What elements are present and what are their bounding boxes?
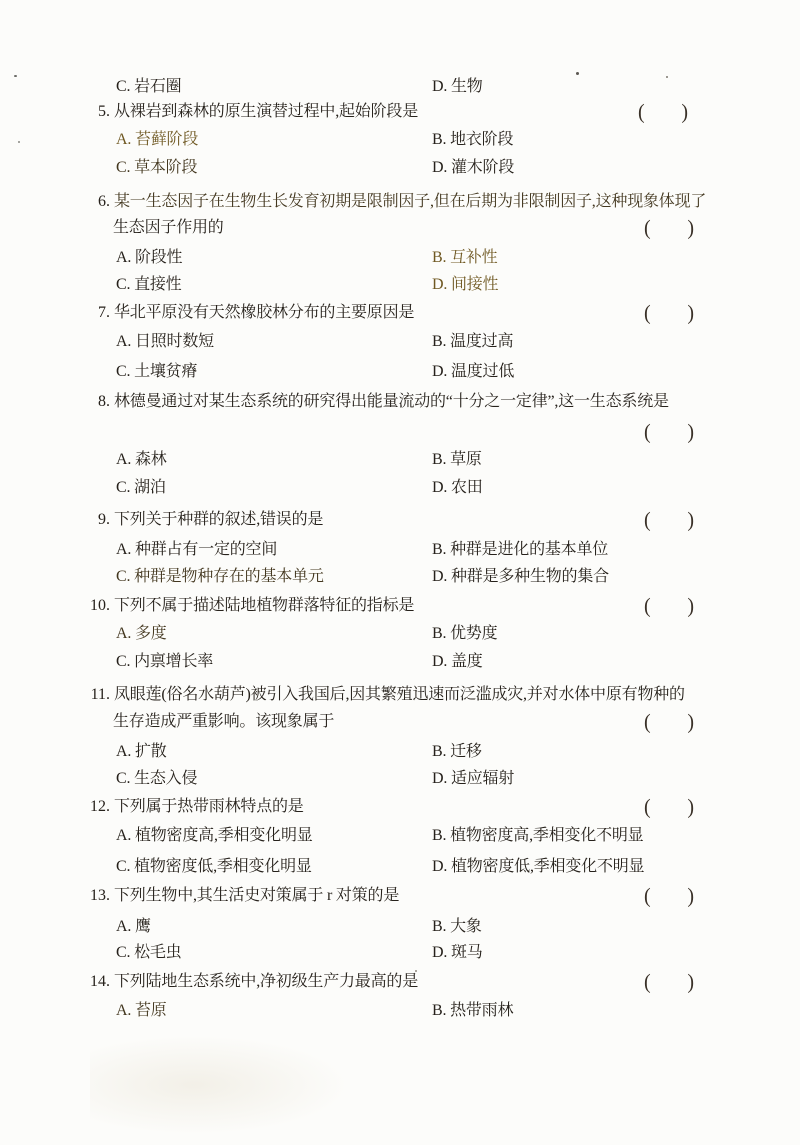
question-7-option-d: D. 温度过低 xyxy=(432,358,514,386)
answer-bracket: () xyxy=(644,214,694,242)
scan-speck xyxy=(14,75,17,77)
question-6-options-ab: A. 阶段性 B. 互补性 xyxy=(0,244,800,272)
bracket-open: ( xyxy=(644,967,651,997)
scan-speck xyxy=(18,141,20,143)
question-8-option-b: B. 草原 xyxy=(432,446,482,474)
scanned-exam-page: C. 岩石圈 D. 生物 5. 从裸岩到森林的原生演替过程中,起始阶段是 () … xyxy=(0,0,800,1145)
question-10-option-a: A. 多度 xyxy=(116,620,167,648)
question-7-option-a: A. 日照时数短 xyxy=(116,328,214,356)
question-7-option-b: B. 温度过高 xyxy=(432,328,513,356)
question-10-text: 下列不属于描述陆地植物群落特征的指标是 xyxy=(114,592,414,620)
question-9-stem: 9. 下列关于种群的叙述,错误的是 () xyxy=(0,506,800,534)
scan-speck xyxy=(666,76,668,78)
question-11-stem: 11. 凤眼莲(俗名水葫芦)被引入我国后,因其繁殖迅速而泛滥成灾,并对水体中原有… xyxy=(0,681,800,709)
scan-smudge xyxy=(90,1035,350,1135)
question-8-option-a: A. 森林 xyxy=(116,446,167,474)
question-7-options-ab: A. 日照时数短 B. 温度过高 xyxy=(0,328,800,356)
question-8-options-ab: A. 森林 B. 草原 xyxy=(0,446,800,474)
scan-speck xyxy=(415,970,417,972)
question-9-number: 9. xyxy=(70,506,110,534)
question-6-stem-line2: 生态因子作用的 () xyxy=(0,214,800,242)
question-12-stem: 12. 下列属于热带雨林特点的是 () xyxy=(0,793,800,821)
question-11-text-line2: 生存造成严重影响。该现象属于 xyxy=(113,708,334,736)
answer-bracket: () xyxy=(644,418,694,446)
question-11-options-cd: C. 生态入侵 D. 适应辐射 xyxy=(0,765,800,793)
question-13-options-ab: A. 鹰 B. 大象 xyxy=(0,913,800,941)
question-10-option-d: D. 盖度 xyxy=(432,648,483,676)
question-5-stem: 5. 从裸岩到森林的原生演替过程中,起始阶段是 () xyxy=(0,98,800,126)
answer-bracket: () xyxy=(644,506,694,534)
bracket-close: ) xyxy=(687,417,694,447)
question-12-text: 下列属于热带雨林特点的是 xyxy=(114,793,304,821)
question-9-option-c: C. 种群是物种存在的基本单元 xyxy=(116,563,324,591)
question-11-option-a: A. 扩散 xyxy=(116,738,167,766)
bracket-open: ( xyxy=(644,707,651,737)
bracket-close: ) xyxy=(687,213,694,243)
partial-question-options-row: C. 岩石圈 D. 生物 xyxy=(0,73,800,101)
bracket-close: ) xyxy=(687,298,694,328)
answer-bracket: () xyxy=(638,98,688,126)
question-11-option-d: D. 适应辐射 xyxy=(432,765,514,793)
answer-bracket: () xyxy=(644,968,694,996)
question-11-option-b: B. 迁移 xyxy=(432,738,482,766)
question-11-stem-line2: 生存造成严重影响。该现象属于 () xyxy=(0,708,800,736)
bracket-close: ) xyxy=(687,707,694,737)
bracket-open: ( xyxy=(644,792,651,822)
bracket-open: ( xyxy=(638,97,645,127)
answer-bracket: () xyxy=(644,592,694,620)
answer-bracket: () xyxy=(644,708,694,736)
answer-bracket: () xyxy=(644,299,694,327)
question-7-number: 7. xyxy=(70,299,110,327)
question-12-options-cd: C. 植物密度低,季相变化明显 D. 植物密度低,季相变化不明显 xyxy=(0,853,800,881)
question-5-options-ab: A. 苔藓阶段 B. 地衣阶段 xyxy=(0,126,800,154)
question-9-options-ab: A. 种群占有一定的空间 B. 种群是进化的基本单位 xyxy=(0,536,800,564)
question-8-option-d: D. 农田 xyxy=(432,474,483,502)
question-6-stem: 6. 某一生态因子在生物生长发育初期是限制因子,但在后期为非限制因子,这种现象体… xyxy=(0,188,800,216)
question-11-options-ab: A. 扩散 B. 迁移 xyxy=(0,738,800,766)
question-11-option-c: C. 生态入侵 xyxy=(116,765,197,793)
question-14-number: 14. xyxy=(70,968,110,996)
question-7-options-cd: C. 土壤贫瘠 D. 温度过低 xyxy=(0,358,800,386)
bracket-close: ) xyxy=(681,97,688,127)
question-12-option-c: C. 植物密度低,季相变化明显 xyxy=(116,853,312,881)
question-8-option-c: C. 湖泊 xyxy=(116,474,166,502)
question-10-stem: 10. 下列不属于描述陆地植物群落特征的指标是 () xyxy=(0,592,800,620)
question-10-option-c: C. 内禀增长率 xyxy=(116,648,213,676)
question-5-option-b: B. 地衣阶段 xyxy=(432,126,513,154)
question-12-option-b: B. 植物密度高,季相变化不明显 xyxy=(432,822,643,850)
question-12-number: 12. xyxy=(70,793,110,821)
question-8-bracket-row: () xyxy=(0,418,800,446)
scan-speck xyxy=(576,72,579,75)
bracket-open: ( xyxy=(644,298,651,328)
bracket-close: ) xyxy=(687,792,694,822)
question-5-option-d: D. 灌木阶段 xyxy=(432,154,514,182)
partial-option-c: C. 岩石圈 xyxy=(116,73,181,101)
question-6-text-line2: 生态因子作用的 xyxy=(113,214,224,242)
question-12-option-d: D. 植物密度低,季相变化不明显 xyxy=(432,853,644,881)
question-10-options-ab: A. 多度 B. 优势度 xyxy=(0,620,800,648)
question-9-option-a: A. 种群占有一定的空间 xyxy=(116,536,277,564)
question-5-options-cd: C. 草本阶段 D. 灌木阶段 xyxy=(0,154,800,182)
question-5-option-a: A. 苔藓阶段 xyxy=(116,126,198,154)
question-13-text: 下列生物中,其生活史对策属于 r 对策的是 xyxy=(114,882,399,910)
answer-bracket: () xyxy=(644,793,694,821)
question-14-options-ab: A. 苔原 B. 热带雨林 xyxy=(0,997,800,1025)
bracket-close: ) xyxy=(687,505,694,535)
question-6-text-line1: 某一生态因子在生物生长发育初期是限制因子,但在后期为非限制因子,这种现象体现了 xyxy=(114,188,706,216)
question-13-stem: 13. 下列生物中,其生活史对策属于 r 对策的是 () xyxy=(0,882,800,910)
question-7-option-c: C. 土壤贫瘠 xyxy=(116,358,197,386)
bracket-open: ( xyxy=(644,505,651,535)
question-13-option-d: D. 斑马 xyxy=(432,939,483,967)
question-9-option-d: D. 种群是多种生物的集合 xyxy=(432,563,609,591)
bracket-open: ( xyxy=(644,417,651,447)
question-5-option-c: C. 草本阶段 xyxy=(116,154,197,182)
question-13-option-c: C. 松毛虫 xyxy=(116,939,181,967)
question-6-option-c: C. 直接性 xyxy=(116,271,181,299)
question-9-options-cd: C. 种群是物种存在的基本单元 D. 种群是多种生物的集合 xyxy=(0,563,800,591)
question-8-text: 林德曼通过对某生态系统的研究得出能量流动的“十分之一定律”,这一生态系统是 xyxy=(114,388,669,416)
question-8-options-cd: C. 湖泊 D. 农田 xyxy=(0,474,800,502)
bracket-close: ) xyxy=(687,967,694,997)
question-7-stem: 7. 华北平原没有天然橡胶林分布的主要原因是 () xyxy=(0,299,800,327)
bracket-open: ( xyxy=(644,213,651,243)
bracket-close: ) xyxy=(687,591,694,621)
question-13-option-b: B. 大象 xyxy=(432,913,482,941)
question-10-options-cd: C. 内禀增长率 D. 盖度 xyxy=(0,648,800,676)
question-13-option-a: A. 鹰 xyxy=(116,913,151,941)
question-7-text: 华北平原没有天然橡胶林分布的主要原因是 xyxy=(114,299,414,327)
bracket-open: ( xyxy=(644,591,651,621)
question-12-options-ab: A. 植物密度高,季相变化明显 B. 植物密度高,季相变化不明显 xyxy=(0,822,800,850)
question-13-number: 13. xyxy=(70,882,110,910)
question-5-text: 从裸岩到森林的原生演替过程中,起始阶段是 xyxy=(114,98,418,126)
question-8-number: 8. xyxy=(70,388,110,416)
question-6-option-b: B. 互补性 xyxy=(432,244,497,272)
question-9-option-b: B. 种群是进化的基本单位 xyxy=(432,536,608,564)
question-6-option-d: D. 间接性 xyxy=(432,271,498,299)
question-13-options-cd: C. 松毛虫 D. 斑马 xyxy=(0,939,800,967)
question-12-option-a: A. 植物密度高,季相变化明显 xyxy=(116,822,313,850)
bracket-close: ) xyxy=(687,881,694,911)
question-6-option-a: A. 阶段性 xyxy=(116,244,182,272)
question-11-number: 11. xyxy=(70,681,110,709)
question-10-number: 10. xyxy=(70,592,110,620)
partial-option-d: D. 生物 xyxy=(432,73,483,101)
question-6-number: 6. xyxy=(70,188,110,216)
question-11-text-line1: 凤眼莲(俗名水葫芦)被引入我国后,因其繁殖迅速而泛滥成灾,并对水体中原有物种的 xyxy=(114,681,685,709)
question-6-options-cd: C. 直接性 D. 间接性 xyxy=(0,271,800,299)
question-14-stem: 14. 下列陆地生态系统中,净初级生产力最高的是 () xyxy=(0,968,800,996)
question-8-stem: 8. 林德曼通过对某生态系统的研究得出能量流动的“十分之一定律”,这一生态系统是 xyxy=(0,388,800,416)
question-9-text: 下列关于种群的叙述,错误的是 xyxy=(114,506,323,534)
question-14-text: 下列陆地生态系统中,净初级生产力最高的是 xyxy=(114,968,418,996)
answer-bracket: () xyxy=(644,882,694,910)
question-10-option-b: B. 优势度 xyxy=(432,620,497,648)
question-5-number: 5. xyxy=(70,98,110,126)
question-14-option-a: A. 苔原 xyxy=(116,997,167,1025)
question-14-option-b: B. 热带雨林 xyxy=(432,997,513,1025)
bracket-open: ( xyxy=(644,881,651,911)
